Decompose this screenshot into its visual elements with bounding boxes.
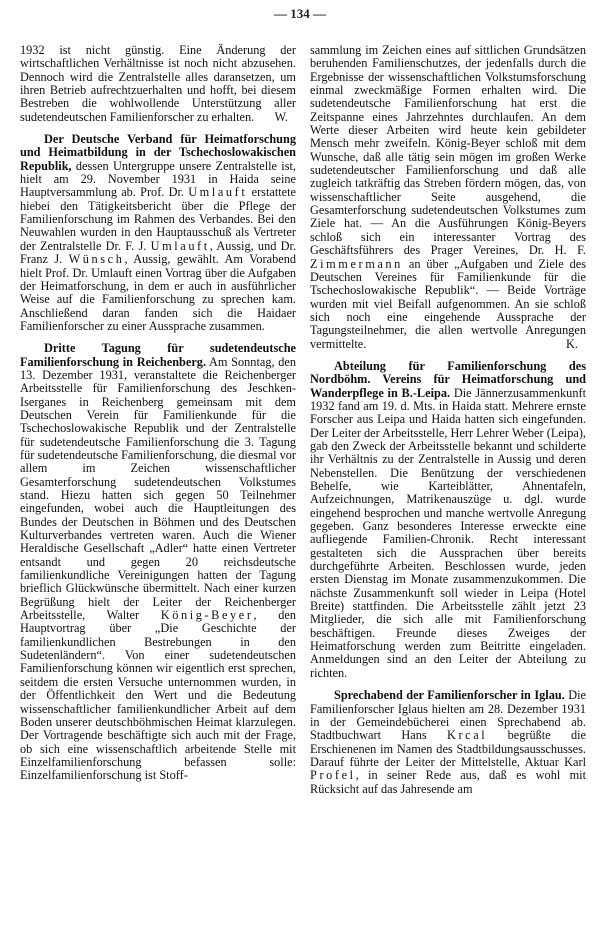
body-text: 1932 ist nicht günstig. Eine Änderung de… — [20, 43, 296, 124]
paragraph-p5: Abteilung für Familienforschung des Nord… — [310, 360, 586, 680]
paragraph-p6: Sprechabend der Familienforscher in Igla… — [310, 689, 586, 796]
paragraph-p4: sammlung im Zeichen eines auf sittlichen… — [310, 44, 586, 351]
body-text: , den Hauptvortrag über „Die Geschichte … — [20, 608, 296, 782]
person-name: König-Beyer — [161, 608, 254, 622]
body-text: Am Sonntag, den 13. Dezember 1931, veran… — [20, 355, 296, 623]
person-name: Umlauft — [188, 185, 247, 199]
left-column: 1932 ist nicht günstig. Eine Änderung de… — [20, 44, 296, 796]
article-columns: 1932 ist nicht günstig. Eine Änderung de… — [20, 44, 586, 796]
right-column: sammlung im Zeichen eines auf sittlichen… — [310, 44, 586, 796]
author-signature: W. — [274, 111, 296, 124]
person-name: Profel — [310, 768, 356, 782]
body-text: sammlung im Zeichen eines auf sittlichen… — [310, 43, 586, 257]
paragraph-p1: 1932 ist nicht günstig. Eine Änderung de… — [20, 44, 296, 124]
person-name: Wünsch — [69, 252, 125, 266]
body-text: an über „Aufgaben und Ziele des Deutsche… — [310, 257, 586, 351]
paragraph-p3: Dritte Tagung für sudetendeutsche Famili… — [20, 342, 296, 782]
person-name: Zimmermann — [310, 257, 403, 271]
page-number: — 134 — — [0, 6, 600, 22]
person-name: Krcal — [447, 728, 487, 742]
section-heading: Sprechabend der Familienforscher in Igla… — [334, 688, 565, 702]
paragraph-p2: Der Deutsche Verband für Heimatforschung… — [20, 133, 296, 333]
body-text: Die Jännerzusammenkunft 1932 fand am 19.… — [310, 386, 586, 680]
author-signature: K. — [566, 338, 586, 351]
person-name: Umlauft — [151, 239, 210, 253]
